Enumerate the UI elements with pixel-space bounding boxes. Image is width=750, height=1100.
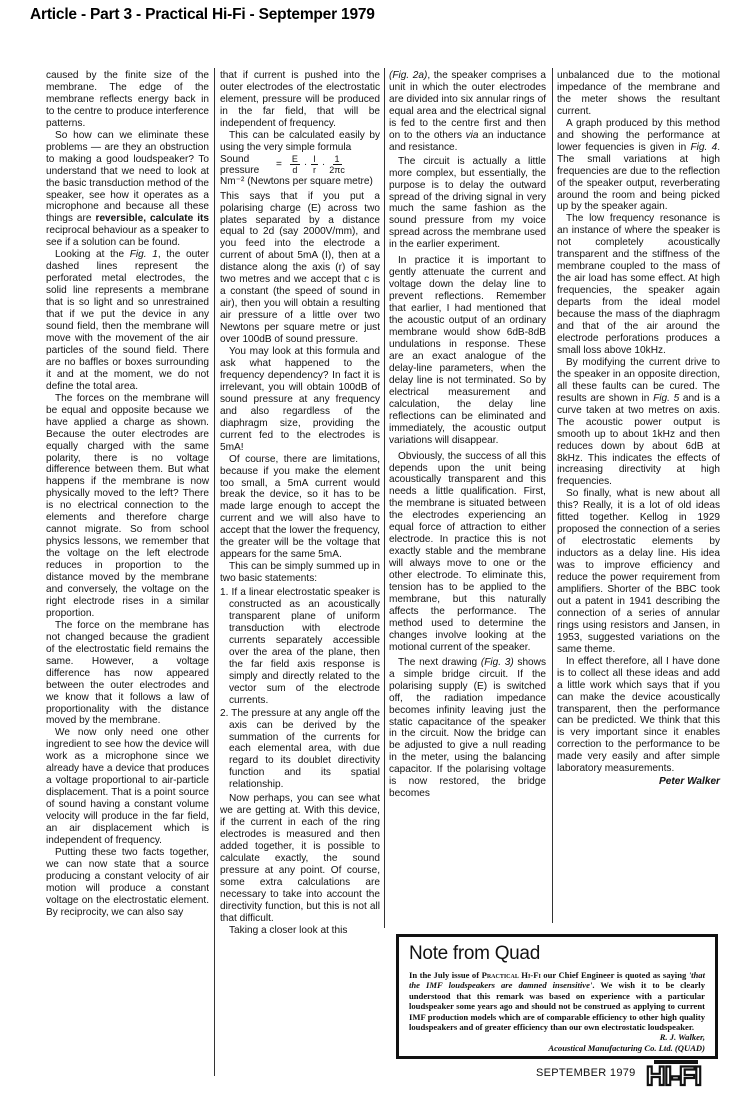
paragraph: A graph produced by this method and show… bbox=[557, 118, 720, 214]
sound-pressure-formula: Sound pressure = Ed · Ir · 12πc bbox=[220, 154, 380, 176]
figure-reference: Fig. 4 bbox=[691, 142, 718, 153]
paragraph: The next drawing (Fig. 3) shows a simple… bbox=[389, 657, 546, 800]
column-divider bbox=[552, 68, 553, 923]
paragraph: You may look at this formula and ask wha… bbox=[220, 346, 380, 454]
formula-label: Sound pressure bbox=[220, 154, 276, 176]
fraction-one-over-2pic: 12πc bbox=[329, 154, 345, 175]
paragraph: In practice it is important to gently at… bbox=[389, 255, 546, 446]
figure-reference: (Fig. 3) bbox=[481, 657, 514, 668]
paragraph: The force on the membrane has not change… bbox=[46, 620, 209, 728]
paragraph: Looking at the Fig. 1, the outer dashed … bbox=[46, 249, 209, 392]
logo-text: HI-FI bbox=[646, 1062, 701, 1090]
paragraph: So how can we eliminate these problems —… bbox=[46, 130, 209, 250]
magazine-name: Practical Hi-Fi bbox=[482, 970, 541, 980]
paragraph: We now only need one other ingredient to… bbox=[46, 727, 209, 847]
article-column-3: (Fig. 2a), the speaker comprises a unit … bbox=[389, 70, 546, 800]
paragraph: This can be calculated easily by using t… bbox=[220, 130, 380, 154]
paragraph: Of course, there are limitations, becaus… bbox=[220, 454, 380, 562]
paragraph: Now perhaps, you can see what we are get… bbox=[220, 793, 380, 924]
paragraph: The circuit is actually a little more co… bbox=[389, 156, 546, 252]
formula-units: Nm⁻² (Newtons per square metre) bbox=[220, 176, 380, 188]
paragraph: caused by the finite size of the membran… bbox=[46, 70, 209, 130]
paragraph: Taking a closer look at this bbox=[220, 925, 380, 937]
article-column-1: caused by the finite size of the membran… bbox=[46, 70, 209, 919]
paragraph: This can be simply summed up in two basi… bbox=[220, 561, 380, 585]
footer-date: SEPTEMBER 1979 bbox=[536, 1067, 636, 1079]
paragraph: Putting these two facts together, we can… bbox=[46, 847, 209, 919]
paragraph: that if current is pushed into the outer… bbox=[220, 70, 380, 130]
paragraph: In effect therefore, all I have done is … bbox=[557, 656, 720, 776]
note-title: Note from Quad bbox=[409, 943, 705, 965]
paragraph: So finally, what is new about all this? … bbox=[557, 488, 720, 655]
note-body: In the July issue of Practical Hi-Fi our… bbox=[409, 970, 705, 1032]
figure-reference: (Fig. 2a) bbox=[389, 70, 427, 81]
paragraph: unbalanced due to the motional impedance… bbox=[557, 70, 720, 118]
article-column-2: that if current is pushed into the outer… bbox=[220, 70, 380, 937]
paragraph: Obviously, the success of all this depen… bbox=[389, 451, 546, 654]
paragraph: (Fig. 2a), the speaker comprises a unit … bbox=[389, 70, 546, 154]
note-signature-name: R. J. Walker, bbox=[409, 1032, 705, 1042]
paragraph: The low frequency resonance is an instan… bbox=[557, 213, 720, 356]
paragraph: This says that if you put a polarising c… bbox=[220, 191, 380, 346]
practical-hifi-logo: HI-FI bbox=[646, 1060, 714, 1090]
note-signature-company: Acoustical Manufacturing Co. Ltd. (QUAD) bbox=[409, 1043, 705, 1053]
column-divider bbox=[384, 68, 385, 928]
statement-item: 1. If a linear electrostatic speaker is … bbox=[220, 587, 380, 707]
author-signature: Peter Walker bbox=[557, 776, 720, 788]
bold-emphasis: reversible, calculate its bbox=[96, 213, 209, 224]
column-divider bbox=[214, 68, 215, 1076]
fraction-e-over-d: Ed bbox=[290, 154, 300, 175]
article-column-4: unbalanced due to the motional impedance… bbox=[557, 70, 720, 788]
fraction-i-over-r: Ir bbox=[311, 154, 318, 175]
figure-reference: Fig. 5 bbox=[653, 393, 679, 404]
paragraph: By modifying the current drive to the sp… bbox=[557, 357, 720, 488]
paragraph: The forces on the membrane will be equal… bbox=[46, 393, 209, 620]
figure-reference: Fig. 1 bbox=[130, 249, 158, 260]
note-from-quad-box: Note from Quad In the July issue of Prac… bbox=[396, 934, 718, 1059]
statement-list: 1. If a linear electrostatic speaker is … bbox=[220, 587, 380, 791]
page-title: Article - Part 3 - Practical Hi-Fi - Sep… bbox=[30, 6, 375, 24]
statement-item: 2. The pressure at any angle off the axi… bbox=[220, 708, 380, 792]
